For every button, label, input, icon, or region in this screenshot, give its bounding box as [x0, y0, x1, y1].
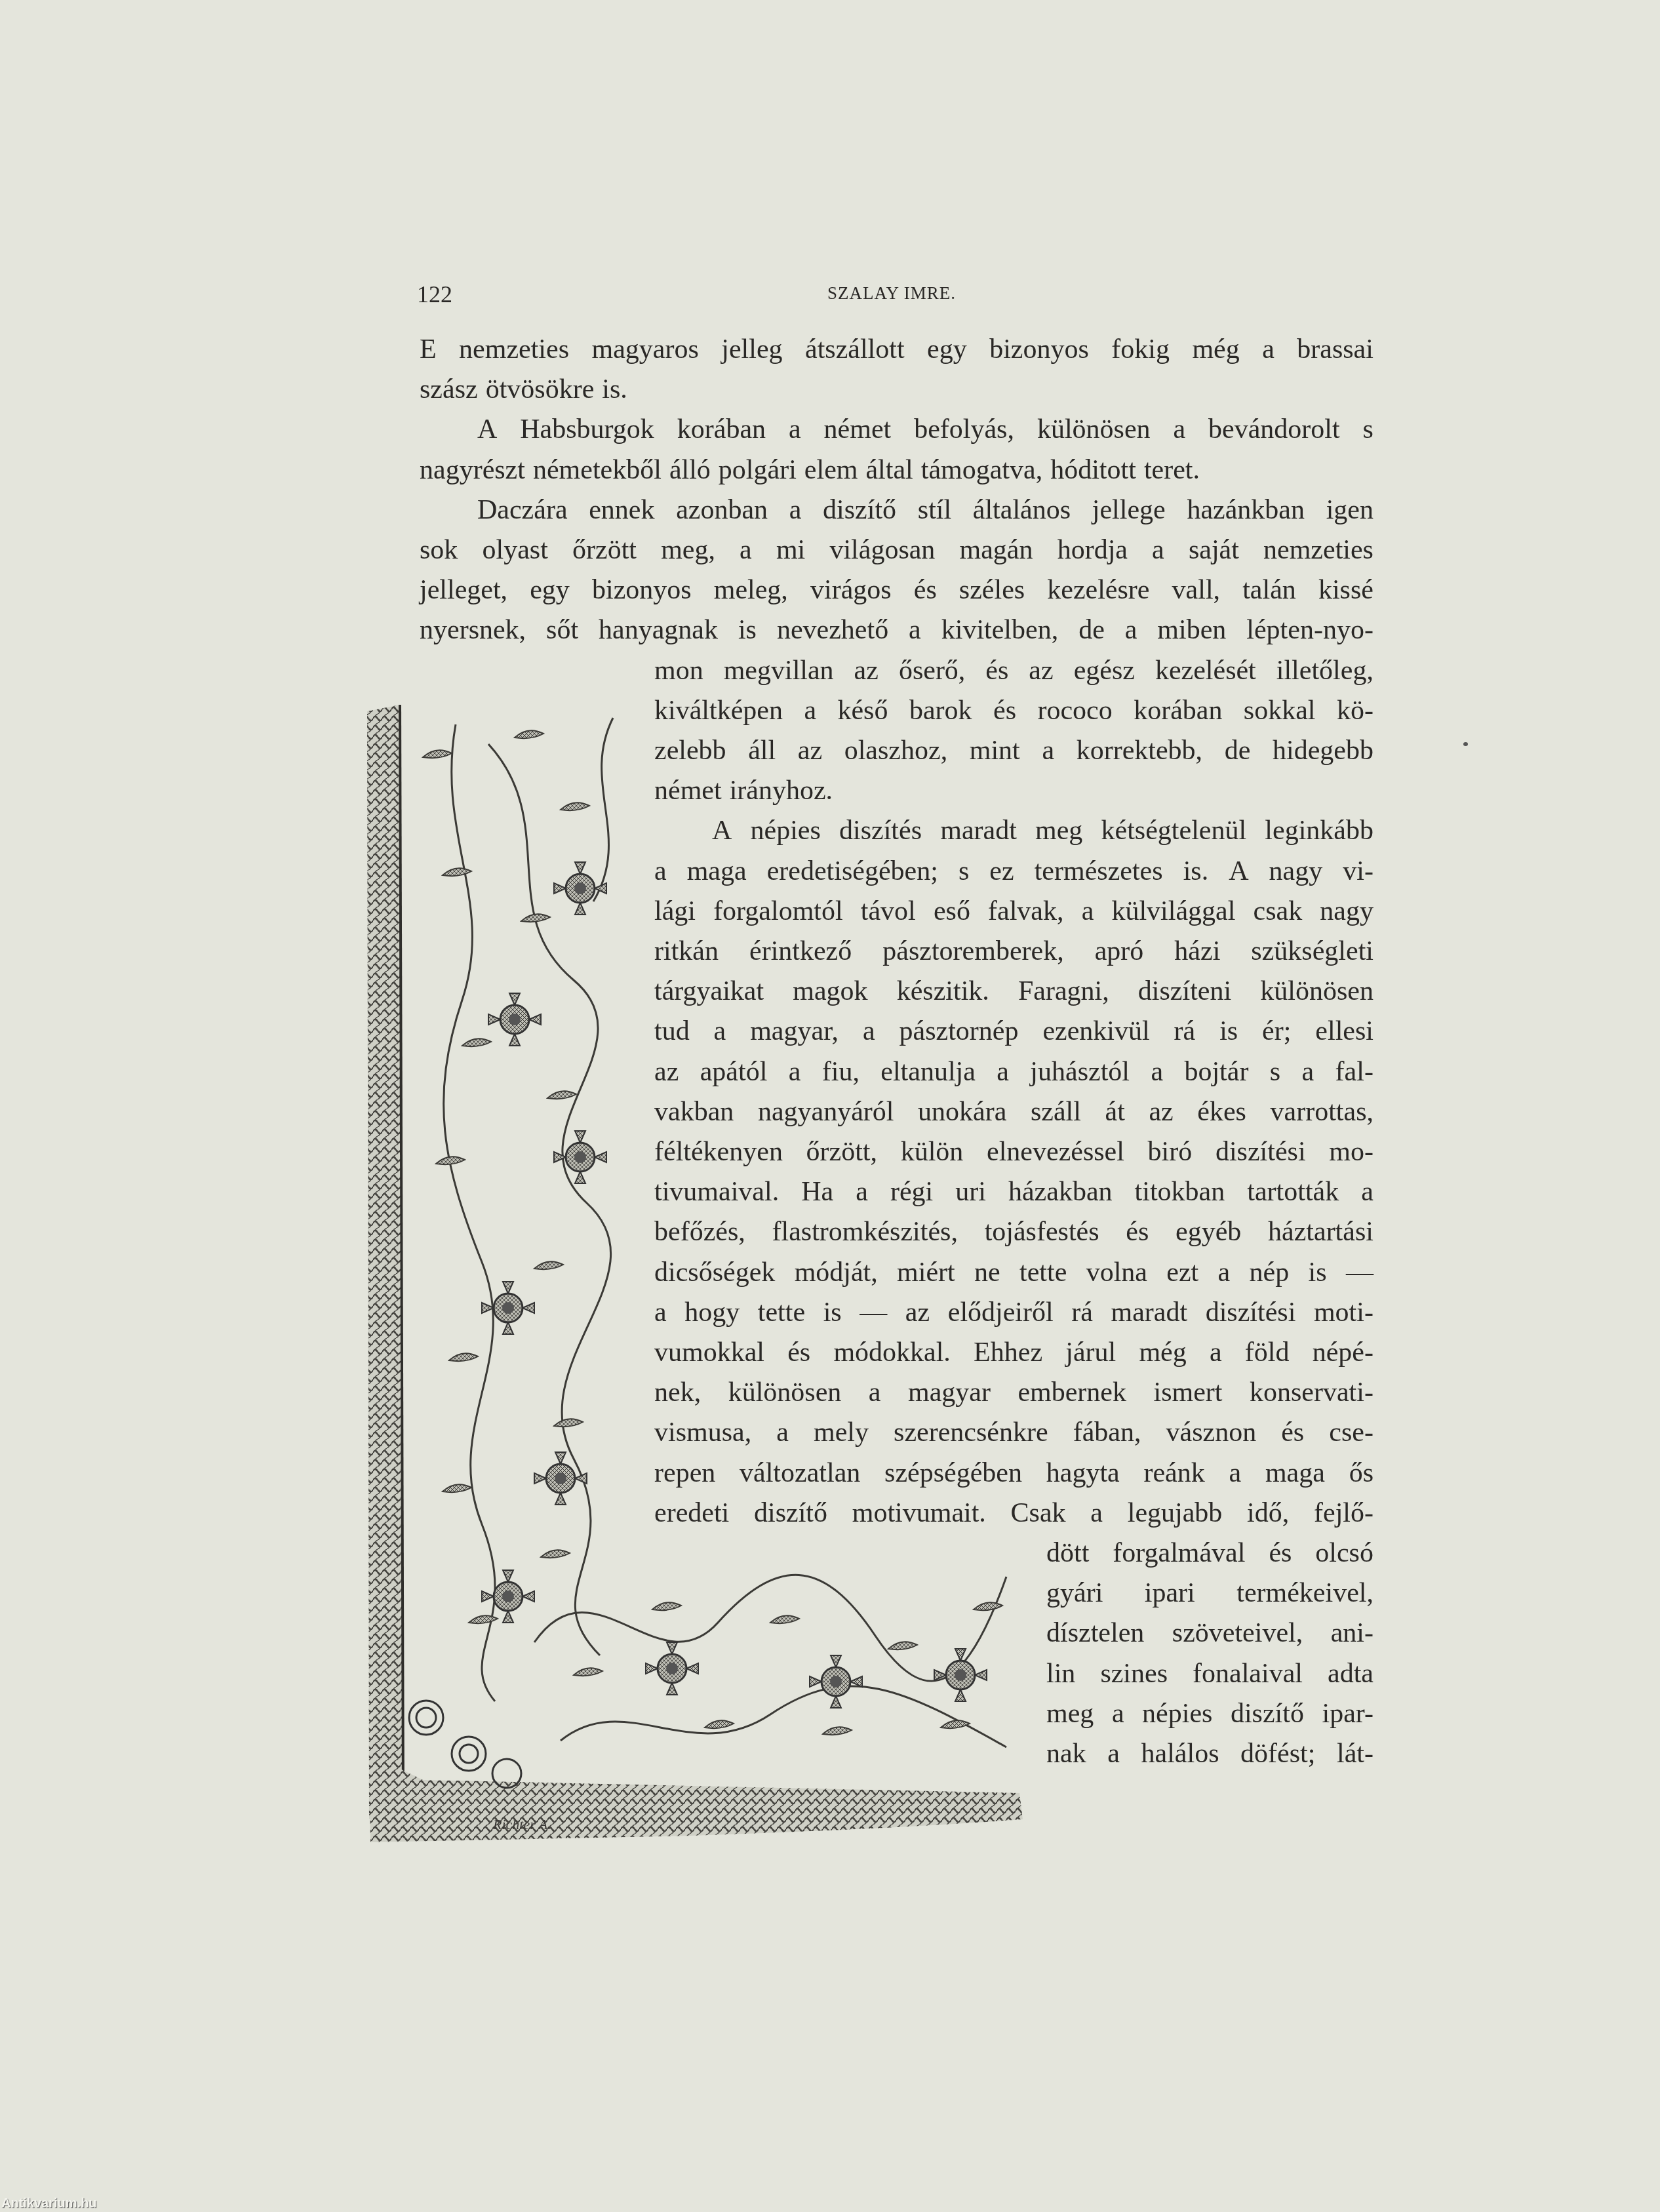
embroidery-ornament-illustration: [364, 705, 1026, 1846]
text-line: nyersnek,sőthanyagnakisnevezhetőakivitel…: [420, 614, 1373, 646]
paper-speck: [1463, 742, 1468, 746]
running-head: SZALAY IMRE.: [827, 283, 956, 304]
text-line: Enemzetiesmagyarosjellegátszállottegybiz…: [420, 333, 1373, 366]
text-line: gyáriiparitermékeivel,: [1046, 1577, 1373, 1610]
text-line: jelleget,egybizonyosmeleg,virágosésszéle…: [420, 574, 1373, 606]
text-line: meganépiesdiszítőipar-: [1046, 1697, 1373, 1730]
text-line: szászötvösökreis.: [420, 373, 1373, 406]
text-line: nakahalálosdöfést;lát-: [1046, 1737, 1373, 1770]
text-line: Daczáraennekazonbanadiszítőstíláltalános…: [477, 494, 1373, 526]
text-line: linszinesfonalaivaladta: [1046, 1657, 1373, 1690]
text-line: sokolyastőrzöttmeg,amivilágosanmagánhord…: [420, 534, 1373, 566]
text-line: dísztelenszöveteivel,ani-: [1046, 1617, 1373, 1649]
artist-signature: Richter A.: [493, 1816, 551, 1833]
page-number: 122: [417, 281, 452, 308]
text-line: nagyrésztnémetekbőlállópolgárielemáltalt…: [420, 454, 1373, 486]
text-line: monmegvillanazőserő,ésazegészkezelésétil…: [654, 654, 1373, 687]
text-line: döttforgalmávalésolcsó: [1046, 1537, 1373, 1570]
text-line: AHabsburgokkorábananémetbefolyás,különös…: [477, 413, 1373, 446]
watermark: Antikvarium.hu: [1, 2196, 97, 2211]
